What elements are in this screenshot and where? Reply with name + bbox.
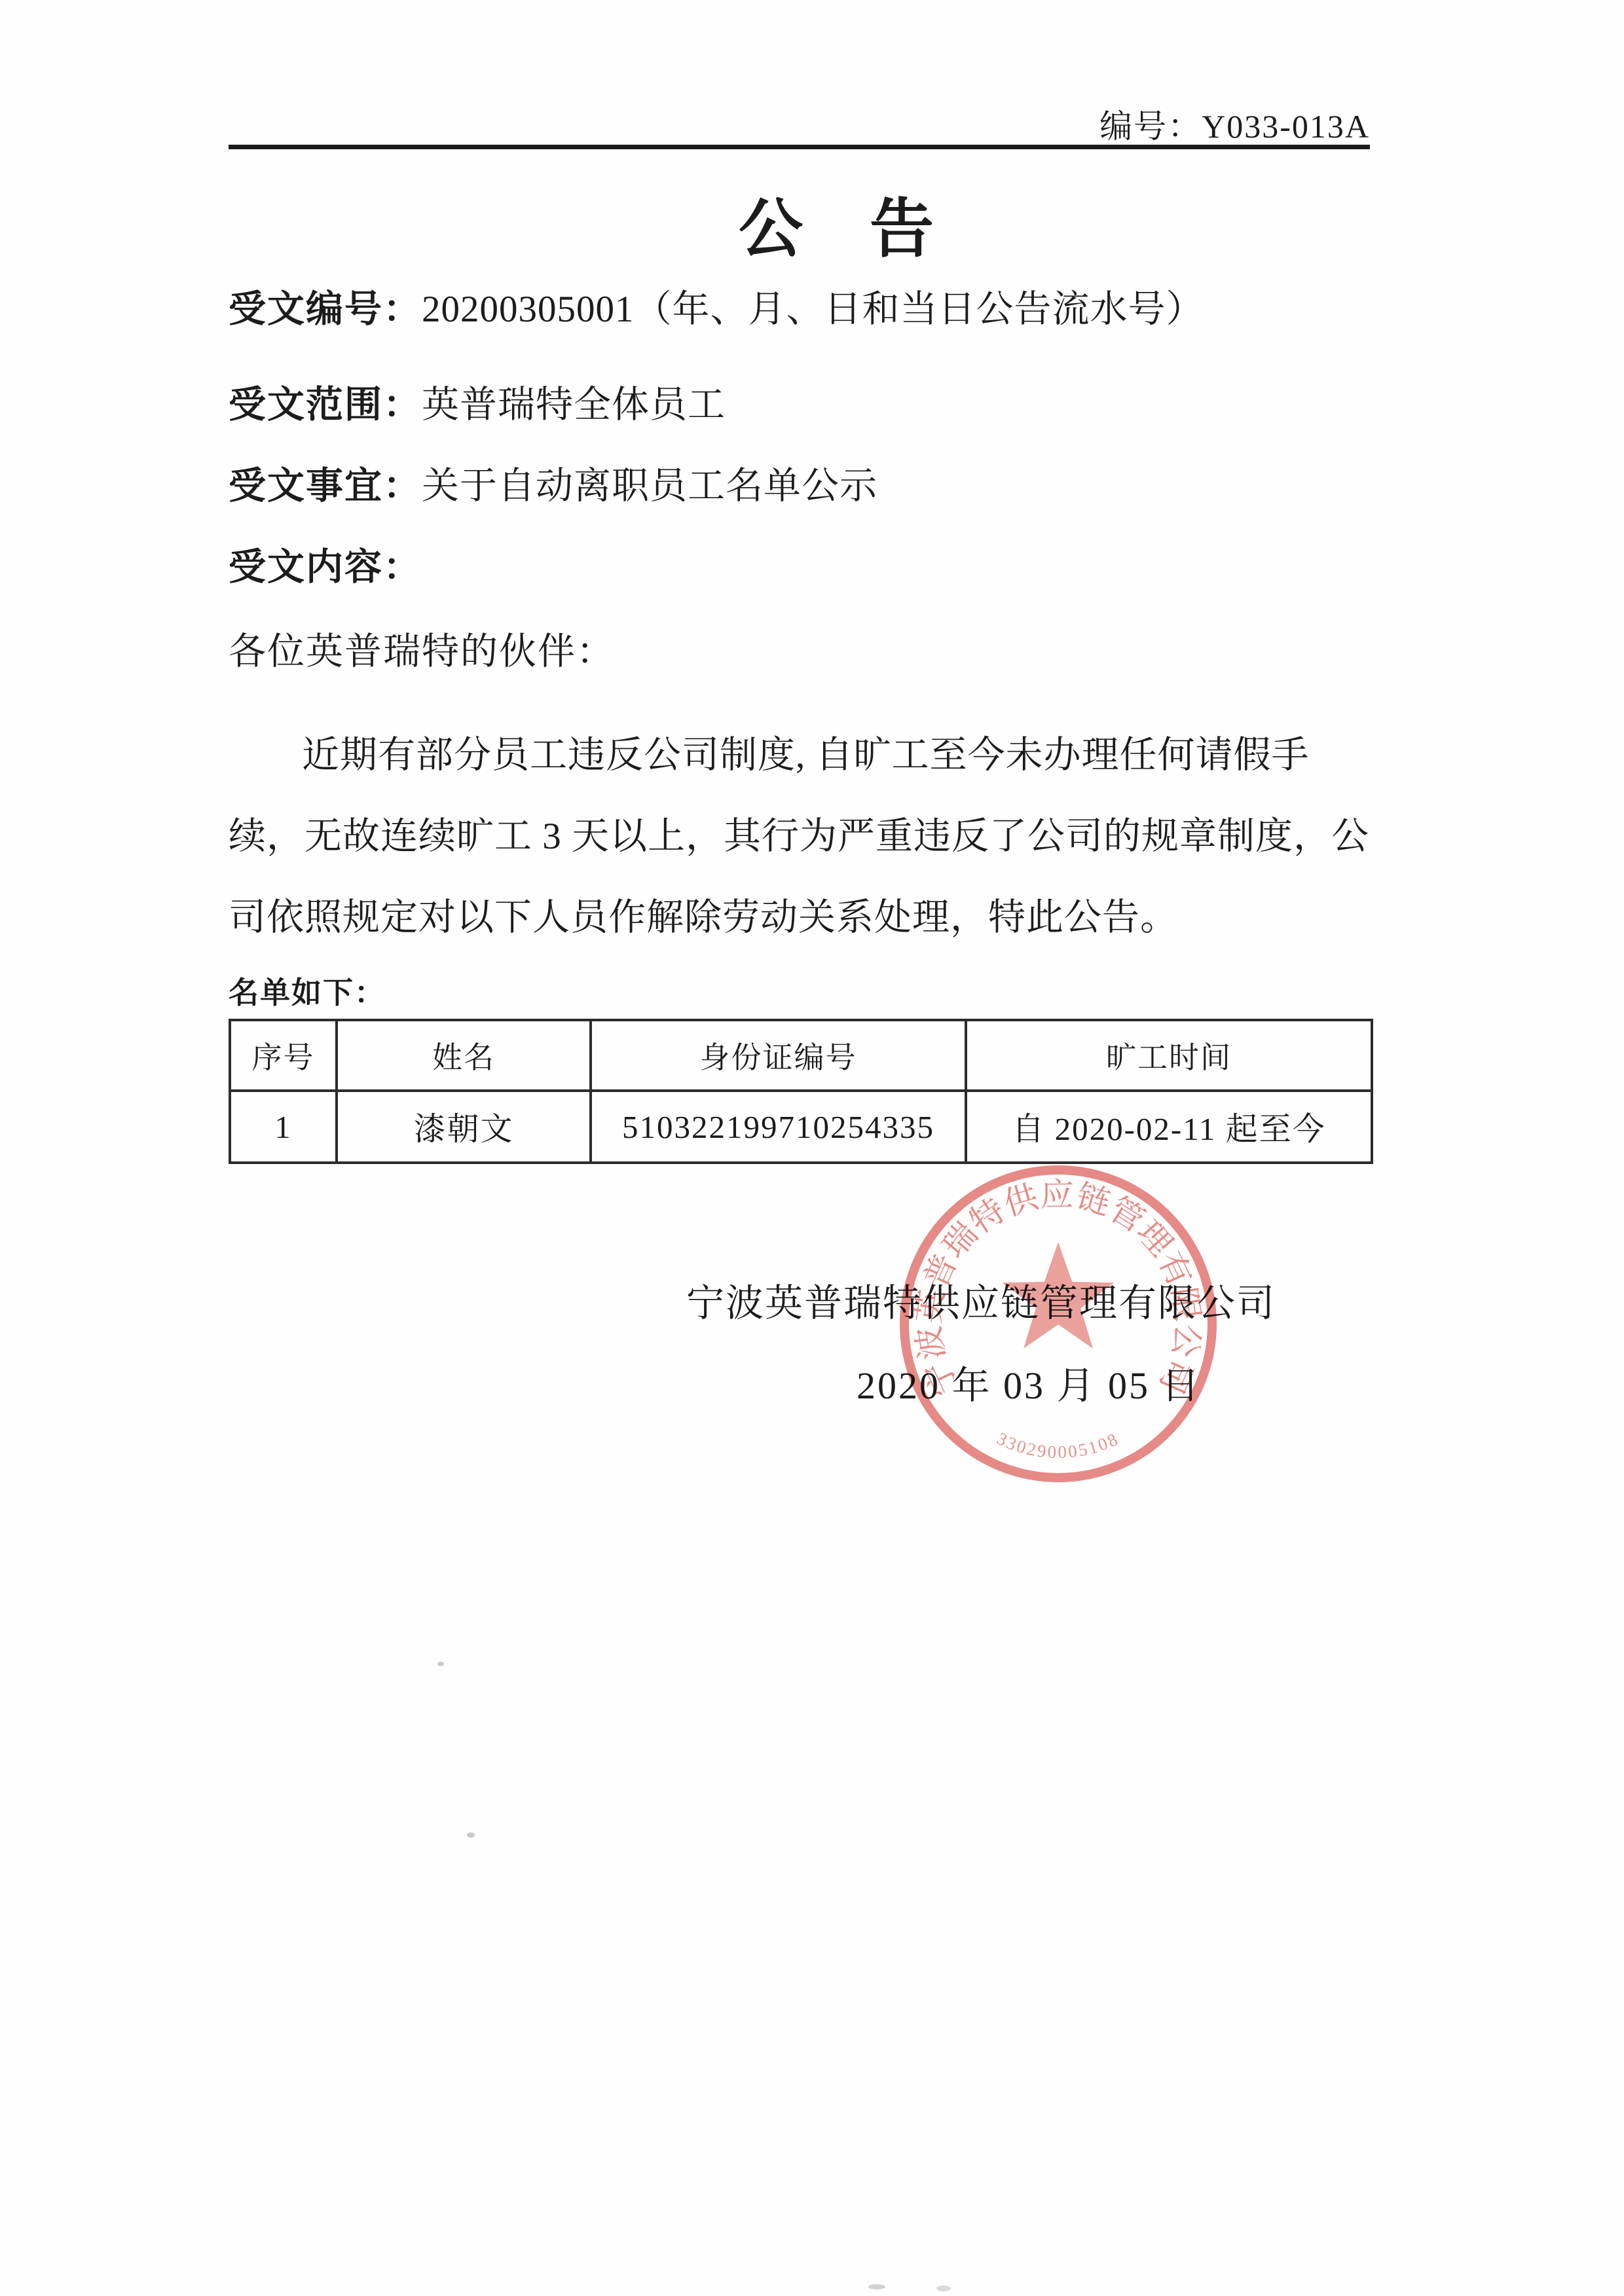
company-seal-stamp: 宁波英普瑞特供应链管理有限公司 330290005108 [881, 1147, 1235, 1501]
body-line: 司依照规定对以下人员作解除劳动关系处理，特此公告。 [229, 899, 1178, 936]
scan-speck [868, 2284, 885, 2289]
field-doc-number-label: 受文编号： [229, 289, 422, 330]
header-divider-rule [229, 145, 1370, 149]
field-scope: 受文范围：英普瑞特全体员工 [229, 386, 726, 424]
table-cell-index: 1 [231, 1089, 335, 1161]
table-header-id-number: 身份证编号 [589, 1021, 965, 1089]
page-title: 公 告 [739, 198, 935, 262]
field-scope-label: 受文范围： [229, 384, 422, 426]
scan-speck [437, 1662, 444, 1666]
seal-graphics: 宁波英普瑞特供应链管理有限公司 330290005108 [904, 1170, 1212, 1478]
field-scope-value: 英普瑞特全体员工 [422, 384, 726, 426]
field-content: 受文内容： [229, 549, 422, 586]
table-header-index: 序号 [231, 1021, 335, 1089]
field-doc-number-value: 20200305001（年、月、日和当日公告流水号） [422, 289, 1204, 330]
scanned-announcement-page: 编号：Y033-013A 公 告 受文编号：20200305001（年、月、日和… [0, 0, 1624, 2296]
field-subject-label: 受文事宜： [229, 465, 422, 507]
salutation-line: 各位英普瑞特的伙伴： [229, 633, 615, 670]
body-line: 近期有部分员工违反公司制度, 自旷工至今未办理任何请假手 [302, 737, 1310, 774]
dismissed-employees-table: 序号 姓名 身份证编号 旷工时间 1 漆朝文 51032219971025433… [229, 1019, 1373, 1164]
document-ref-number: 编号：Y033-013A [1048, 110, 1370, 143]
seal-serial-number: 330290005108 [994, 1429, 1122, 1462]
scan-speck [467, 1832, 475, 1838]
field-content-label: 受文内容： [229, 547, 422, 588]
table-header-absence-period: 旷工时间 [965, 1021, 1371, 1089]
body-line: 续，无故连续旷工 3 天以上，其行为严重违反了公司的规章制度，公 [229, 818, 1369, 855]
table-cell-name: 漆朝文 [335, 1089, 589, 1161]
field-doc-number: 受文编号：20200305001（年、月、日和当日公告流水号） [229, 291, 1204, 328]
seal-star-icon [1002, 1242, 1114, 1349]
field-subject-value: 关于自动离职员工名单公示 [422, 465, 877, 507]
table-header-name: 姓名 [335, 1021, 589, 1089]
scan-speck [936, 2286, 951, 2291]
field-subject: 受文事宜：关于自动离职员工名单公示 [229, 467, 877, 505]
list-intro-label: 名单如下： [229, 978, 386, 1008]
